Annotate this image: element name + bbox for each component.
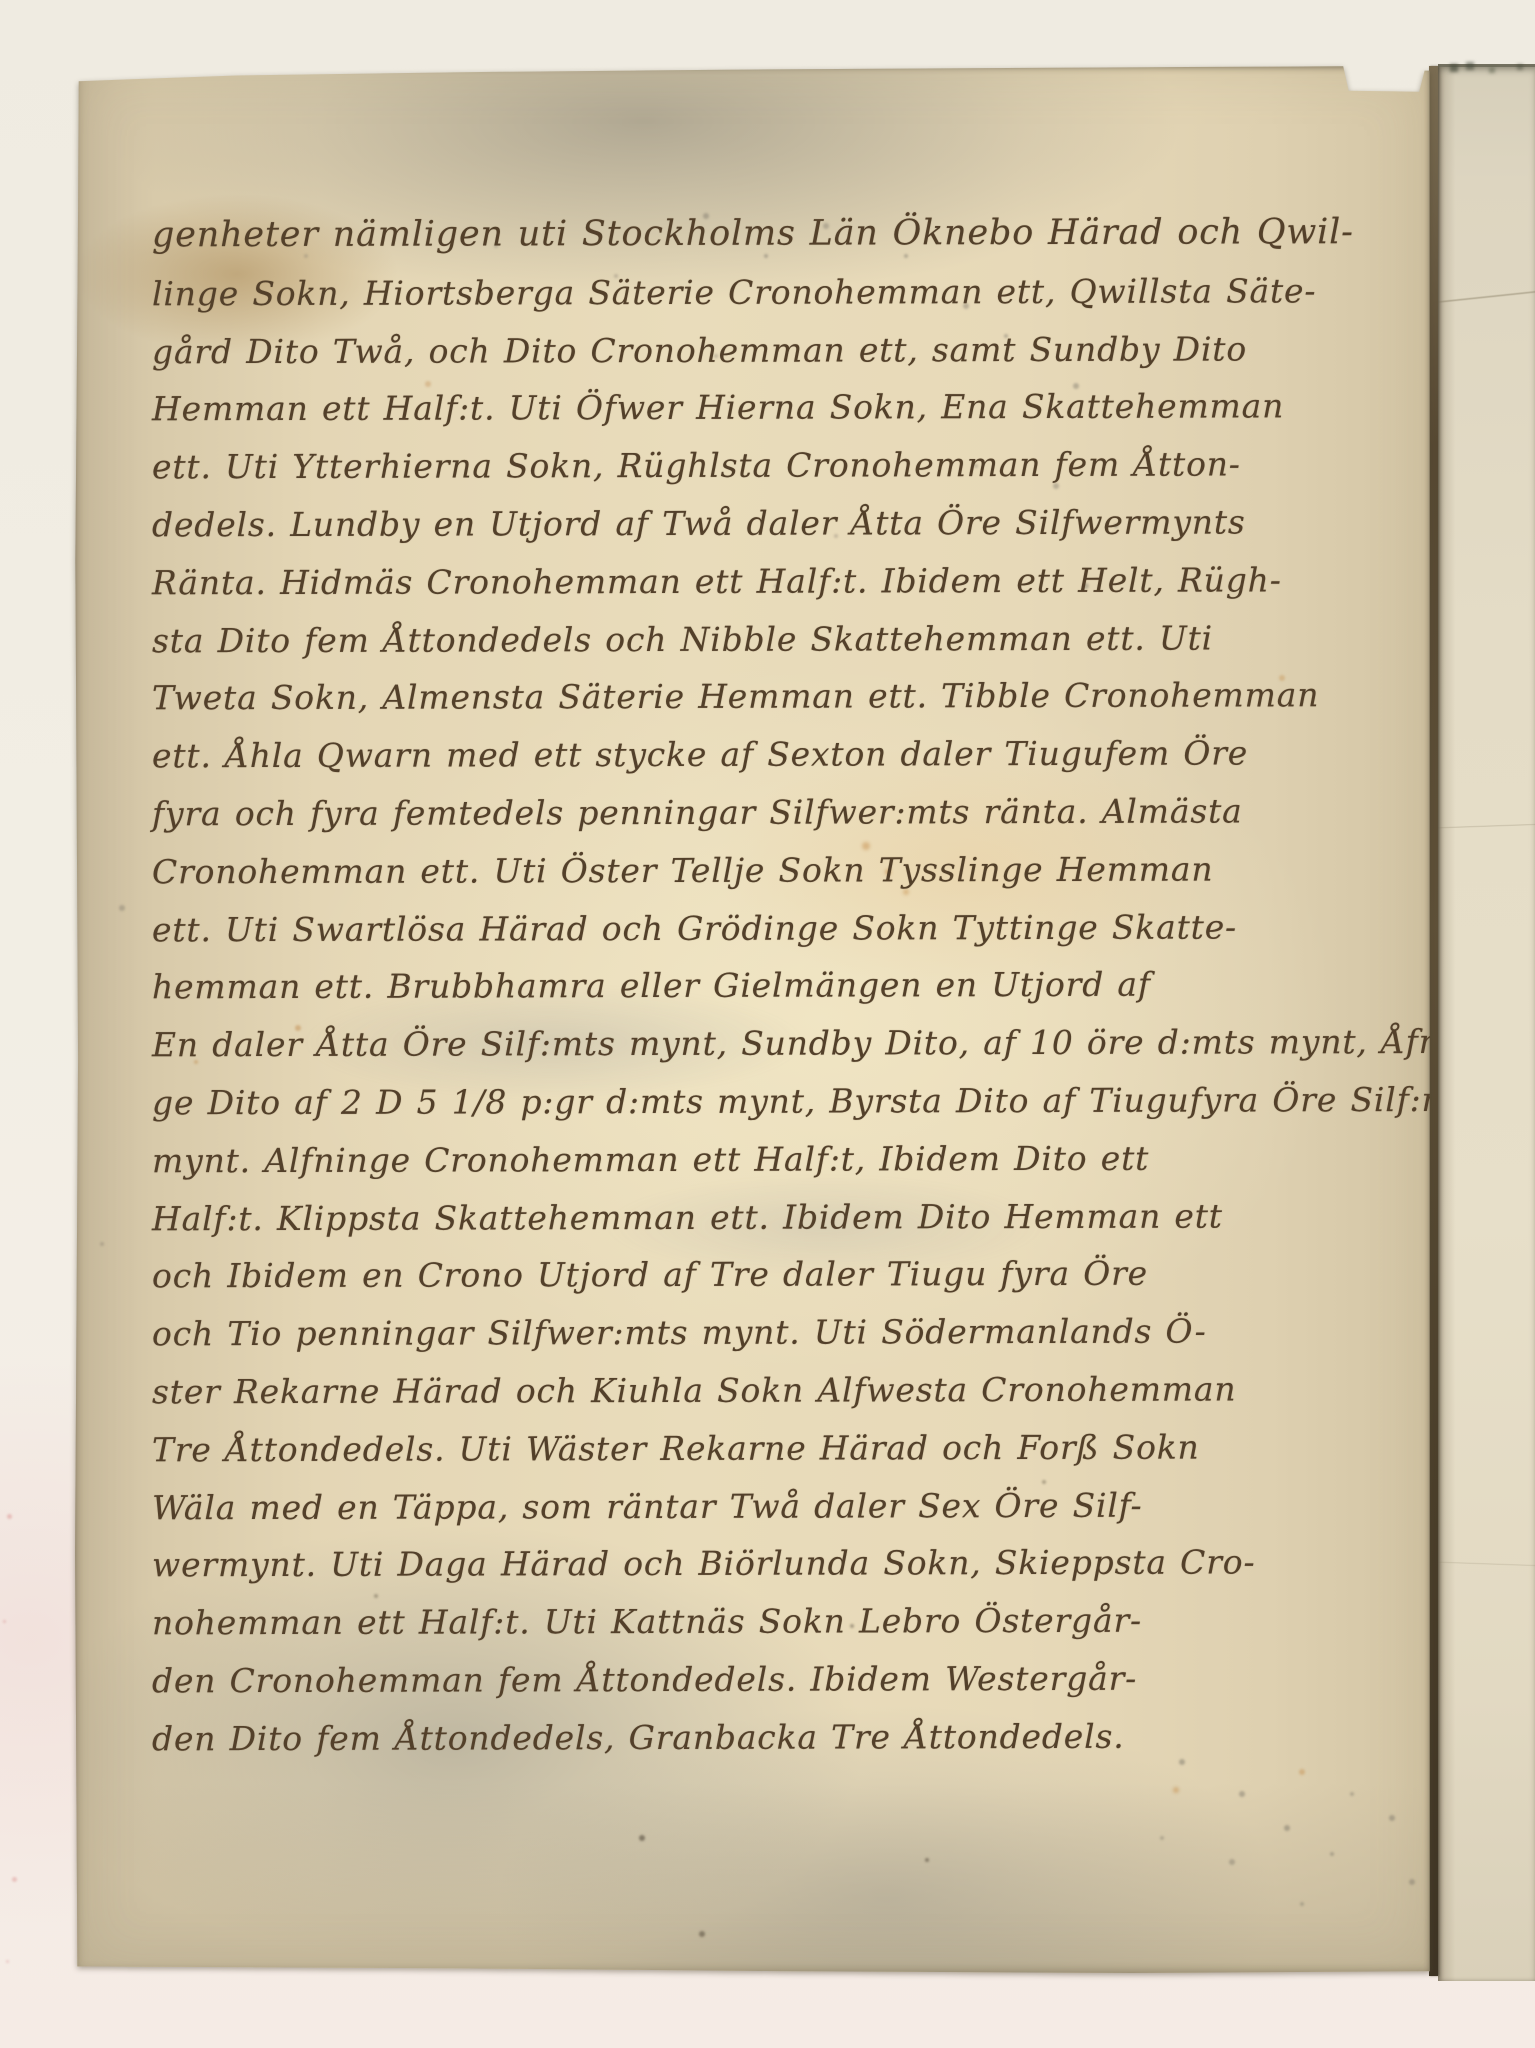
crease-line: [1436, 1561, 1535, 1567]
handwritten-line: Cronohemman ett. Uti Öster Tellje Sokn T…: [152, 840, 1152, 900]
handwritten-line: ett. Uti Ytterhierna Sokn, Rüghlsta Cron…: [152, 436, 1152, 496]
handwritten-line: och Tio penningar Silfwer:mts mynt. Uti …: [152, 1303, 1152, 1363]
handwritten-line: den Dito fem Åttondedels, Granbacka Tre …: [152, 1707, 1152, 1767]
manuscript-page: genheter nämligen uti Stockholms Län Ökn…: [74, 64, 1430, 1974]
handwritten-line: Wäla med en Täppa, som räntar Twå daler …: [152, 1476, 1152, 1536]
adjacent-page-edge: [1438, 64, 1535, 1981]
handwritten-line: dedels. Lundby en Utjord af Twå daler Åt…: [152, 494, 1152, 554]
handwritten-line: Half:t. Klippsta Skattehemman ett. Ibide…: [152, 1187, 1152, 1247]
handwritten-line: linge Sokn, Hiortsberga Säterie Cronohem…: [152, 262, 1152, 322]
handwritten-line: fyra och fyra femtedels penningar Silfwe…: [152, 783, 1152, 843]
handwritten-text-block: genheter nämligen uti Stockholms Län Ökn…: [152, 206, 1152, 1767]
handwritten-line: och Ibidem en Crono Utjord af Tre daler …: [152, 1245, 1152, 1305]
handwritten-line: hemman ett. Brubbhamra eller Gielmängen …: [152, 956, 1152, 1016]
handwritten-line: Hemman ett Half:t. Uti Öfwer Hierna Sokn…: [152, 378, 1152, 438]
handwritten-line: den Cronohemman fem Åttondedels. Ibidem …: [152, 1650, 1152, 1710]
handwritten-line: nohemman ett Half:t. Uti Kattnäs Sokn Le…: [152, 1592, 1152, 1652]
handwritten-line: genheter nämligen uti Stockholms Län Ökn…: [152, 205, 1152, 265]
backdrop-red-streaks: [0, 0, 3, 3]
handwritten-line: mynt. Alfninge Cronohemman ett Half:t, I…: [152, 1129, 1152, 1189]
handwritten-line: Tweta Sokn, Almensta Säterie Hemman ett.…: [152, 667, 1152, 727]
handwritten-line: En daler Åtta Öre Silf:mts mynt, Sundby …: [152, 1014, 1152, 1074]
handwritten-line: ett. Åhla Qwarn med ett stycke af Sexton…: [152, 725, 1152, 785]
scanned-manuscript: genheter nämligen uti Stockholms Län Ökn…: [0, 0, 1535, 2048]
handwritten-line: sta Dito fem Åttondedels och Nibble Skat…: [152, 609, 1152, 669]
crease-line: [1436, 289, 1535, 303]
handwritten-line: ett. Uti Swartlösa Härad och Grödinge So…: [152, 898, 1152, 958]
edge-damage-chips: [1438, 64, 1442, 68]
handwritten-line: Tre Åttondedels. Uti Wäster Rekarne Hära…: [152, 1418, 1152, 1478]
handwritten-line: wermynt. Uti Daga Härad och Biörlunda So…: [152, 1534, 1152, 1594]
handwritten-line: gård Dito Twå, och Dito Cronohemman ett,…: [152, 320, 1152, 380]
book-gutter-fold: [1429, 66, 1438, 1976]
crease-line: [1436, 823, 1535, 829]
handwritten-line: ster Rekarne Härad och Kiuhla Sokn Alfwe…: [152, 1361, 1152, 1421]
handwritten-line: Ränta. Hidmäs Cronohemman ett Half:t. Ib…: [152, 551, 1152, 611]
handwritten-line: ge Dito af 2 D 5 1/8 p:gr d:mts mynt, By…: [152, 1072, 1152, 1132]
